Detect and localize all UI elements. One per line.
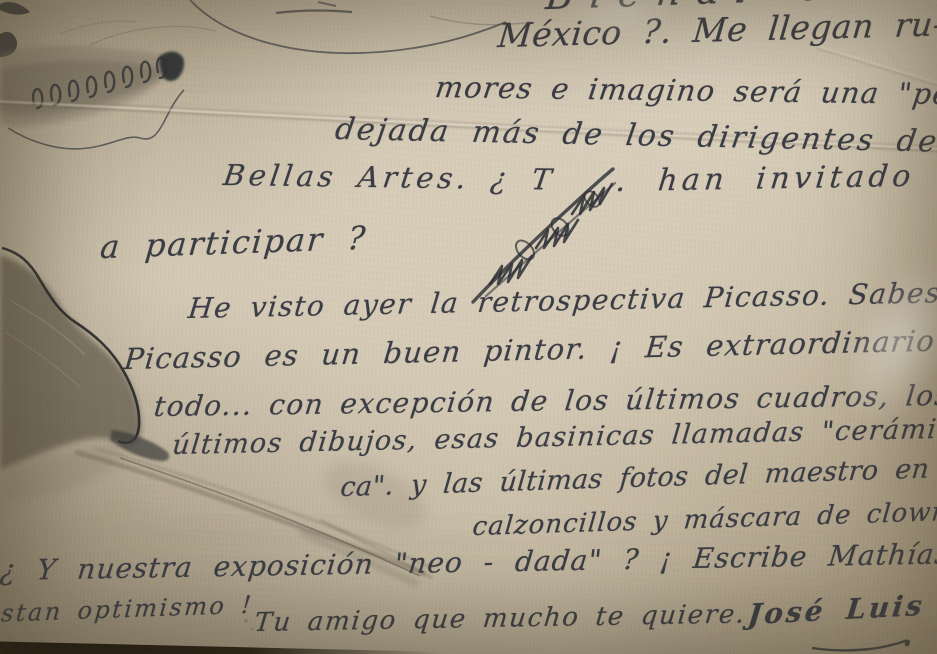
pen-arcs-top [190, 0, 532, 53]
ink-sketch-top-left [0, 2, 216, 149]
ink-dots [244, 619, 253, 630]
framed-letter-photo: Bienal en México ?. Me llegan ru- mores … [0, 0, 937, 654]
letter-line-han-invitado: . han invitado [614, 159, 916, 199]
letter-line-bellas-artes: Bellas Artes. ¿ T [221, 158, 557, 197]
signature-underline [812, 641, 909, 651]
